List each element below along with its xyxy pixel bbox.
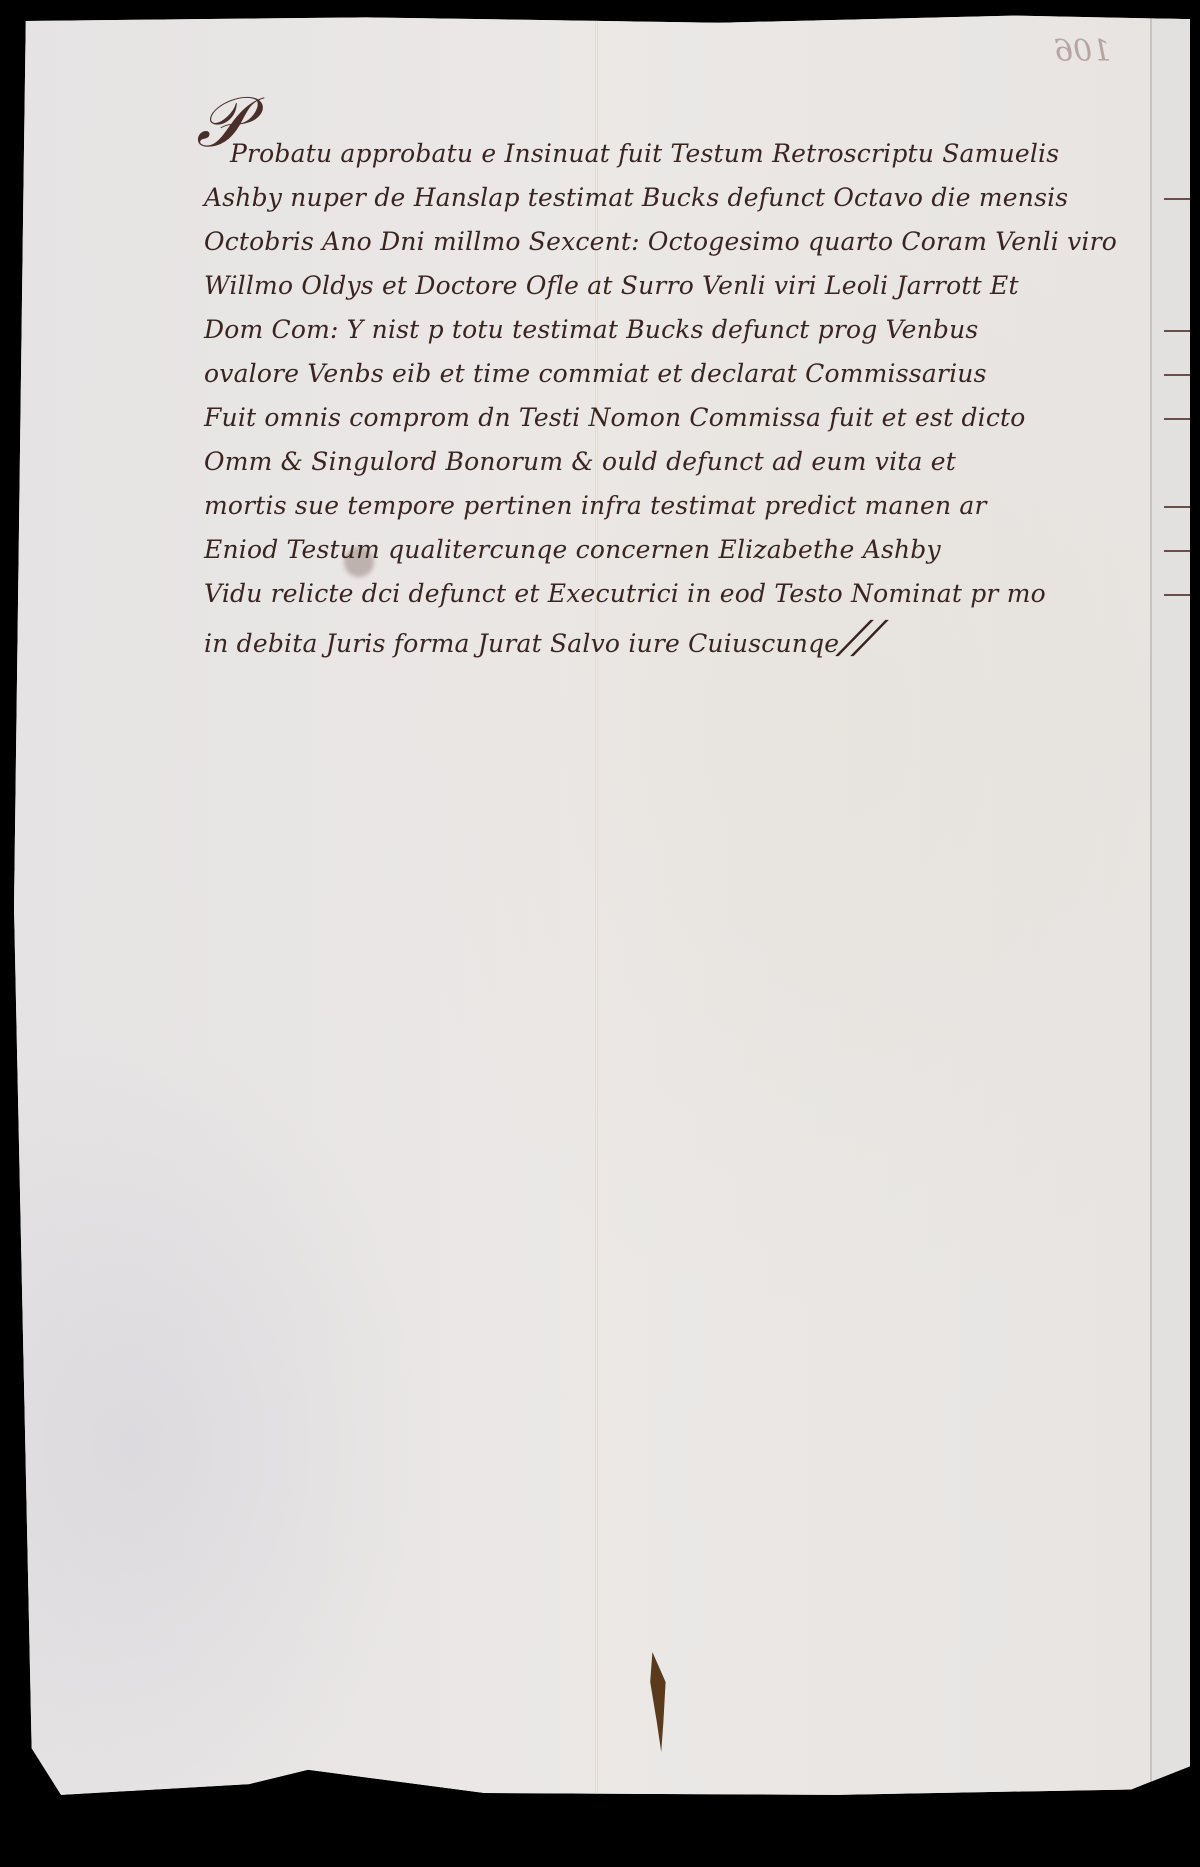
closing-slashes: // xyxy=(837,616,888,660)
margin-dash xyxy=(1164,594,1194,596)
text-line-4: Willmo Oldys et Doctore Ofle at Surro Ve… xyxy=(204,264,1174,308)
handwritten-text-block: 𝒫 Probatu approbatu e Insinuat fuit Test… xyxy=(204,132,1174,660)
text-line-7: Fuit omnis comprom dn Testi Nomon Commis… xyxy=(204,396,1174,440)
paper-tear-stain xyxy=(648,1652,670,1752)
text-line-5: Dom Com: Y nist p totu testimat Bucks de… xyxy=(204,308,1174,352)
text-line-9: mortis sue tempore pertinen infra testim… xyxy=(204,484,1174,528)
margin-dash xyxy=(1164,418,1194,420)
text-line-3: Octobris Ano Dni millmo Sexcent: Octoges… xyxy=(204,220,1174,264)
margin-dash xyxy=(1164,506,1194,508)
margin-dash xyxy=(1164,198,1194,200)
text-line-8: Omm & Singulord Bonorum & ould defunct a… xyxy=(204,440,1174,484)
manuscript-page: 106 𝒫 Probatu approbatu e Insinuat fuit … xyxy=(14,12,1190,1802)
text-line-12: in debita Juris forma Jurat Salvo iure C… xyxy=(204,616,1174,660)
margin-dash xyxy=(1164,374,1194,376)
text-line-11: Vidu relicte dci defunct et Executrici i… xyxy=(204,572,1174,616)
text-line-6: ovalore Venbs eib et time commiat et dec… xyxy=(204,352,1174,396)
text-line-1: 𝒫 Probatu approbatu e Insinuat fuit Test… xyxy=(204,132,1174,176)
text-line-2: Ashby nuper de Hanslap testimat Bucks de… xyxy=(204,176,1174,220)
margin-dash xyxy=(1164,550,1194,552)
text-line-10: Eniod Testum qualitercunqe concernen Eli… xyxy=(204,528,1174,572)
folio-number: 106 xyxy=(1054,34,1111,69)
decorated-initial: 𝒫 xyxy=(196,100,247,144)
margin-dash xyxy=(1164,330,1194,332)
